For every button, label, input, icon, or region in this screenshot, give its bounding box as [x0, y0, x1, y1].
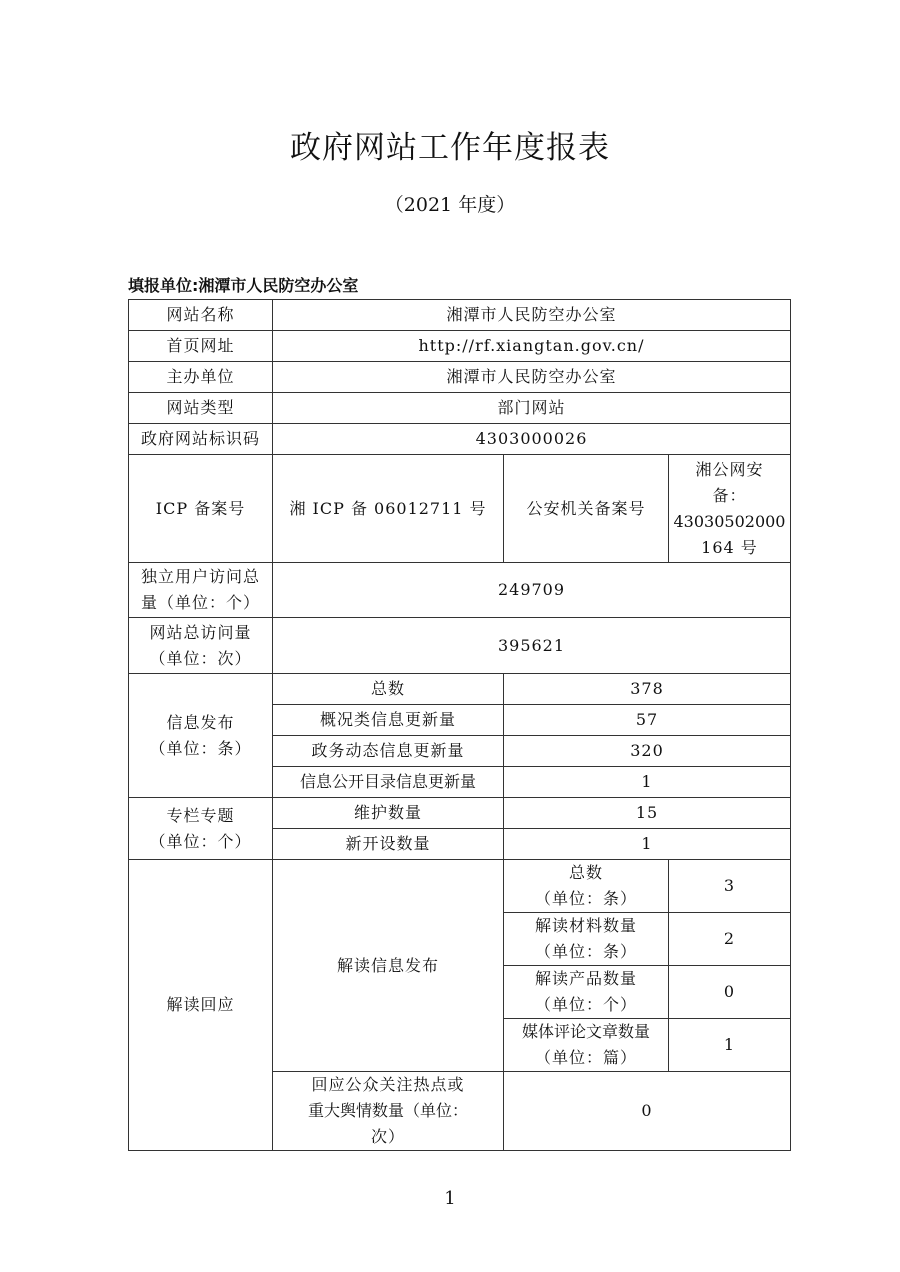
table-row-site-id-code: 政府网站标识码 4303000026 — [129, 424, 791, 455]
site-id-code-value: 4303000026 — [273, 424, 791, 455]
document-title: 政府网站工作年度报表 — [0, 122, 900, 167]
info-publish-item-value: 1 — [504, 767, 791, 798]
label-line: 媒体评论文章数量 — [508, 1019, 664, 1045]
special-columns-item-label: 新开设数量 — [273, 829, 504, 860]
label-line: 独立用户访问总 — [133, 564, 268, 590]
table-row-info-publish: 信息发布 （单位：条） 总数 378 — [129, 674, 791, 705]
interpretation-item-label: 总数 （单位：条） — [504, 860, 669, 913]
interpretation-item-value: 1 — [669, 1019, 791, 1072]
table-row-unique-visitors: 独立用户访问总 量（单位：个） 249709 — [129, 563, 791, 618]
total-visits-label: 网站总访问量 （单位：次） — [129, 618, 273, 674]
label-line: 量（单位：个） — [133, 590, 268, 616]
interpretation-item-label: 解读产品数量 （单位：个） — [504, 966, 669, 1019]
police-record-label: 公安机关备案号 — [504, 455, 669, 563]
label-line: （单位：条） — [508, 939, 664, 965]
table-row-homepage-url: 首页网址 http://rf.xiangtan.gov.cn/ — [129, 331, 791, 362]
police-record-line: 备： — [673, 483, 786, 509]
label-line: 总数 — [508, 860, 664, 886]
public-response-label: 回应公众关注热点或 重大舆情数量（单位： 次） — [273, 1072, 504, 1151]
table-row-interpretation: 解读回应 解读信息发布 总数 （单位：条） 3 — [129, 860, 791, 913]
unique-visitors-label: 独立用户访问总 量（单位：个） — [129, 563, 273, 618]
info-publish-item-value: 378 — [504, 674, 791, 705]
interpretation-item-value: 2 — [669, 913, 791, 966]
special-columns-item-value: 1 — [504, 829, 791, 860]
label-line: 信息发布 — [133, 710, 268, 736]
label-line: 重大舆情数量（单位： — [277, 1098, 499, 1124]
label-line: （单位：条） — [508, 886, 664, 912]
special-columns-item-label: 维护数量 — [273, 798, 504, 829]
label-line: （单位：个） — [508, 992, 664, 1018]
info-publish-label: 信息发布 （单位：条） — [129, 674, 273, 798]
label-line: 解读产品数量 — [508, 966, 664, 992]
label-line: 解读材料数量 — [508, 913, 664, 939]
label-line: 专栏专题 — [133, 803, 268, 829]
filler-unit: 填报单位:湘潭市人民防空办公室 — [128, 273, 358, 296]
interpretation-item-value: 3 — [669, 860, 791, 913]
interpretation-label: 解读回应 — [129, 860, 273, 1151]
label-line: 网站总访问量 — [133, 620, 268, 646]
label-line: （单位：篇） — [508, 1045, 664, 1071]
table-row-host-unit: 主办单位 湘潭市人民防空办公室 — [129, 362, 791, 393]
public-response-value: 0 — [504, 1072, 791, 1151]
info-publish-item-label: 政务动态信息更新量 — [273, 736, 504, 767]
special-columns-item-value: 15 — [504, 798, 791, 829]
homepage-url-label: 首页网址 — [129, 331, 273, 362]
police-record-line: 43030502000 — [673, 509, 786, 535]
label-line: 回应公众关注热点或 — [277, 1072, 499, 1098]
icp-label: ICP 备案号 — [129, 455, 273, 563]
info-publish-item-label: 信息公开目录信息更新量 — [273, 767, 504, 798]
site-name-label: 网站名称 — [129, 300, 273, 331]
host-unit-label: 主办单位 — [129, 362, 273, 393]
site-type-label: 网站类型 — [129, 393, 273, 424]
page-number: 1 — [0, 1188, 900, 1209]
homepage-url-value: http://rf.xiangtan.gov.cn/ — [273, 331, 791, 362]
table-row-special-columns: 专栏专题 （单位：个） 维护数量 15 — [129, 798, 791, 829]
info-publish-item-label: 总数 — [273, 674, 504, 705]
police-record-value: 湘公网安 备： 43030502000 164 号 — [669, 455, 791, 563]
icp-value: 湘 ICP 备 06012711 号 — [273, 455, 504, 563]
info-publish-item-label: 概况类信息更新量 — [273, 705, 504, 736]
info-publish-item-value: 57 — [504, 705, 791, 736]
interpretation-item-label: 媒体评论文章数量 （单位：篇） — [504, 1019, 669, 1072]
label-line: 次） — [277, 1124, 499, 1150]
interpretation-item-label: 解读材料数量 （单位：条） — [504, 913, 669, 966]
police-record-line: 湘公网安 — [673, 457, 786, 483]
interpretation-item-value: 0 — [669, 966, 791, 1019]
table-row-site-type: 网站类型 部门网站 — [129, 393, 791, 424]
interpretation-publish-label: 解读信息发布 — [273, 860, 504, 1072]
host-unit-value: 湘潭市人民防空办公室 — [273, 362, 791, 393]
label-line: （单位：条） — [133, 736, 268, 762]
site-name-value: 湘潭市人民防空办公室 — [273, 300, 791, 331]
police-record-line: 164 号 — [673, 535, 786, 561]
label-line: （单位：个） — [133, 829, 268, 855]
table-row-icp: ICP 备案号 湘 ICP 备 06012711 号 公安机关备案号 湘公网安 … — [129, 455, 791, 563]
report-table: 网站名称 湘潭市人民防空办公室 首页网址 http://rf.xiangtan.… — [128, 299, 791, 1151]
table-row-site-name: 网站名称 湘潭市人民防空办公室 — [129, 300, 791, 331]
site-type-value: 部门网站 — [273, 393, 791, 424]
total-visits-value: 395621 — [273, 618, 791, 674]
table-row-total-visits: 网站总访问量 （单位：次） 395621 — [129, 618, 791, 674]
document-subtitle-year: （2021 年度） — [0, 190, 900, 217]
site-id-code-label: 政府网站标识码 — [129, 424, 273, 455]
special-columns-label: 专栏专题 （单位：个） — [129, 798, 273, 860]
unique-visitors-value: 249709 — [273, 563, 791, 618]
info-publish-item-value: 320 — [504, 736, 791, 767]
label-line: （单位：次） — [133, 646, 268, 672]
